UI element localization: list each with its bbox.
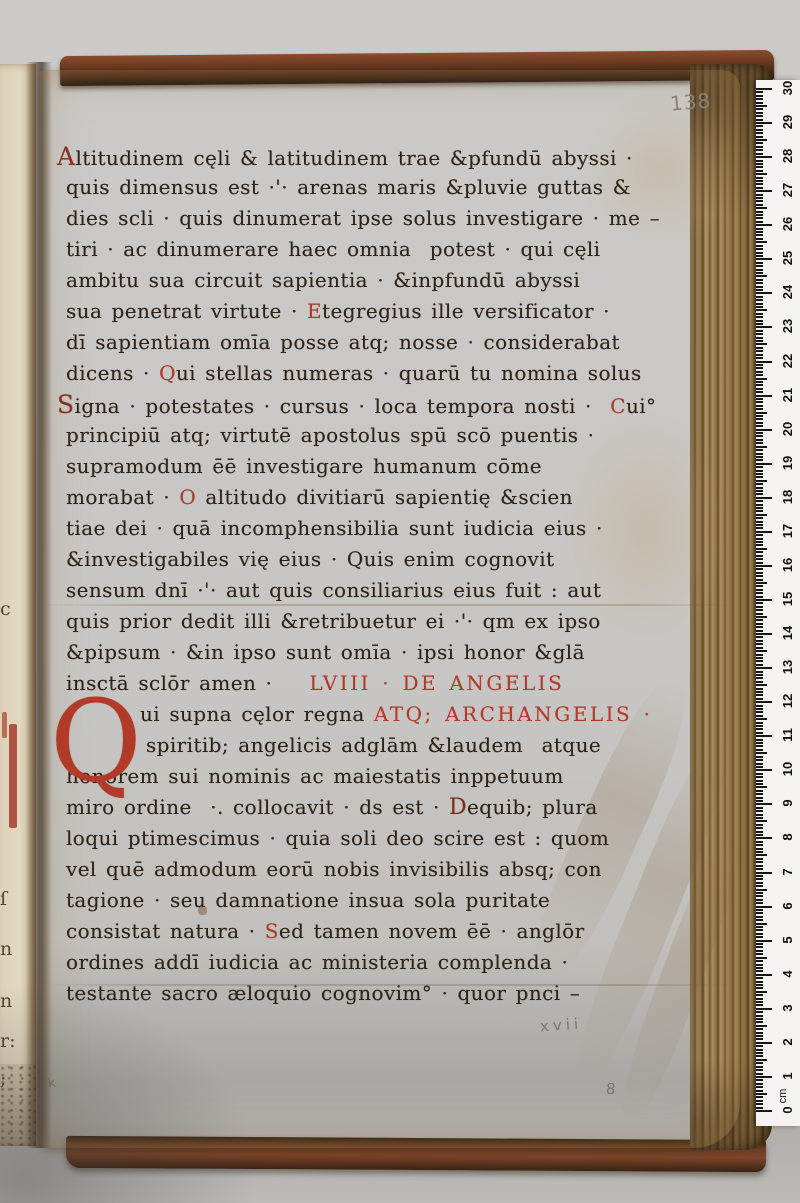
ruler-tick [756,994,763,996]
ruler-tick [756,766,763,768]
ruler-tick [756,602,763,604]
ruler-tick [756,245,763,247]
ruler-number: 20 [780,416,794,442]
ruler-tick [756,1086,763,1088]
line-text: principiū atq; virtutē apostolus spū scō… [66,423,594,447]
ruler-tick [756,677,763,679]
ruler-tick [756,177,763,179]
line-text: D [449,795,467,820]
line-text: altitudo divitiarū sapientię &scien [196,485,573,509]
ruler-tick [756,739,763,741]
ruler-tick [756,255,763,257]
measuring-ruler: 0123456789101112131415161718192021222324… [756,80,800,1126]
ruler-tick [756,1032,763,1034]
ruler-tick [756,647,763,649]
ruler-tick [756,282,763,284]
ruler-tick [756,183,763,185]
ruler-tick [756,275,767,277]
ruler-tick [756,1103,763,1105]
ruler-tick [756,262,763,264]
ruler-number: 19 [780,450,794,476]
ruler-tick [756,691,763,693]
ruler-tick [756,613,763,615]
ruler-tick [756,306,763,308]
ruler-tick [756,418,763,420]
ruler-tick [756,112,763,114]
ruler-tick [756,507,763,509]
ruler-tick [756,636,763,638]
ruler-tick [756,906,772,908]
ruler-tick [756,217,763,219]
ruler-tick [756,926,763,928]
ruler-tick [756,119,763,121]
ruler-number: 3 [780,995,794,1021]
line-text: E [307,299,322,323]
ruler-tick [756,909,763,911]
line-text: dies scli · quis dinumerat ipse solus in… [66,206,660,230]
ruler-tick [756,998,763,1000]
ruler-tick [756,834,763,836]
ruler-tick [756,875,763,877]
manuscript-line-19: ui supna cęlor regna ATQ; ARCHANGELIS · [66,700,652,731]
line-text: tiri · ac dinumerare haec omnia potest ·… [66,237,600,261]
line-text: Q [159,361,176,385]
ruler-tick [756,330,763,332]
facing-page-letter-fragment: ; [0,1068,6,1090]
ruler-number: 27 [780,177,794,203]
ruler-tick [756,895,763,897]
line-text: ed tamen novem ēē · anglōr [279,919,585,943]
ruler-tick [756,221,763,223]
ruler-tick [756,606,763,608]
ruler-tick [756,204,763,206]
ruler-tick [756,303,763,305]
ruler-tick [756,136,763,138]
manuscript-page: 138 Altitudinem cęli & latitudinem trae … [40,70,740,1148]
ruler-tick [756,538,763,540]
ruler-tick [756,435,763,437]
ruler-tick [756,837,772,839]
ruler-tick [756,231,763,233]
line-text: tagione · seu damnatione insua sola puri… [66,888,550,912]
ruler-tick [756,708,763,710]
ruler-number: 11 [780,722,794,748]
ruler-tick [756,783,763,785]
pencil-mark-bottom-left: k [47,1075,57,1091]
ruler-tick [756,378,767,380]
ruler-tick [756,160,763,162]
ruler-tick [756,885,763,887]
illuminated-initial-q: Q [50,692,142,792]
ruler-tick [756,252,763,254]
ruler-tick [756,415,763,417]
ruler-tick [756,1079,763,1081]
ruler-tick [756,364,763,366]
folio-number: 138 [669,88,712,115]
ruler-tick [756,548,767,550]
ruler-tick [756,793,763,795]
ruler-tick [756,585,763,587]
ruler-tick [756,1100,763,1102]
ruler-tick [756,292,772,294]
ruler-tick [756,313,763,315]
ruler-tick [756,170,763,172]
ruler-tick [756,1011,763,1013]
ruler-tick [756,129,763,131]
ruler-tick [756,551,763,553]
ruler-tick [756,742,763,744]
ruler-tick [756,609,763,611]
ruler-number: 7 [780,859,794,885]
facing-page-red-initial-fragment [2,712,7,738]
ruler-tick [756,146,763,148]
ruler-tick [756,851,763,853]
ruler-tick [756,323,763,325]
ruler-number: 28 [780,143,794,169]
ruler-tick [756,272,763,274]
ruler-tick [756,923,767,925]
ruler-tick [756,470,763,472]
ruler-tick [756,340,763,342]
ruler-tick [756,596,763,598]
ruler-tick [756,960,763,962]
ruler-tick [756,534,763,536]
ruler-tick [756,749,763,751]
ruler-tick [756,91,763,93]
ruler-tick [756,674,763,676]
ruler-tick [756,449,763,451]
manuscript-line-5: ambitu sua circuit sapientia · &inpfundū… [66,266,580,297]
ruler-tick [756,432,763,434]
ruler-tick [756,115,763,117]
manuscript-line-17: &pipsum · &in ipso sunt omīa · ipsi hono… [66,638,585,669]
ruler-tick [756,953,763,955]
ruler-tick [756,514,767,516]
line-text: spiritib; angelicis adglām &laudem atque [146,733,601,757]
ruler-tick [756,456,763,458]
ruler-tick [756,197,763,199]
ruler-tick [756,88,772,90]
ruler-tick [756,429,772,431]
ruler-tick [756,211,763,213]
ruler-tick [756,701,772,703]
line-text: equib; plura [467,795,598,819]
pencil-quire-mark: xvii [539,1015,582,1036]
ruler-tick [756,500,763,502]
ruler-tick [756,453,763,455]
ruler-tick [756,1015,763,1017]
rubric-text: LVIII · DE ANGELIS [309,671,564,695]
ruler-tick [756,286,763,288]
ruler-tick [756,279,763,281]
ruler-tick [756,388,763,390]
ruler-tick [756,412,767,414]
ruler-tick [756,228,763,230]
ruler-tick [756,187,763,189]
ruler-tick [756,1045,763,1047]
ruler-tick [756,476,763,478]
ruler-tick [756,361,772,363]
ruler-tick [756,1055,763,1057]
ruler-tick [756,974,772,976]
ruler-number: 10 [780,756,794,782]
manuscript-line-14: &investigabiles vię eius · Quis enim cog… [66,545,554,576]
ruler-tick [756,374,763,376]
ruler-tick [756,224,772,226]
ink-smudge [610,832,750,1128]
line-text: supramodum ēē investigare humanum cōme [66,454,542,478]
ruler-tick [756,715,763,717]
ruler-tick [756,919,763,921]
ruler-tick [756,854,767,856]
ruler-tick [756,572,763,574]
ruler-number: 26 [780,211,794,237]
ruler-number: 4 [780,961,794,987]
ruler-tick [756,698,763,700]
ruler-number: 30 [780,75,794,101]
ruler-tick [756,773,763,775]
ruler-tick [756,957,767,959]
ruler-tick [756,142,763,144]
line-text: dī sapientiam omīa posse atq; nosse · co… [66,330,620,354]
ruler-unit-label: cm [777,1083,789,1109]
ruler-tick [756,241,767,243]
ruler-tick [756,565,772,567]
manuscript-line-20: spiritib; angelicis adglām &laudem atque [66,731,601,762]
ruler-tick [756,166,763,168]
ruler-tick [756,769,772,771]
ruler-tick [756,865,763,867]
ruler-tick [756,391,763,393]
ruler-number: 5 [780,927,794,953]
ruler-tick [756,1066,763,1068]
ruler-tick [756,105,767,107]
line-text: ltitudinem cęli & latitudinem trae &pfun… [75,146,632,170]
ruler-tick [756,861,763,863]
ruler-tick [756,384,763,386]
line-text: ordines addī iudicia ac ministeria compl… [66,950,568,974]
ruler-tick [756,200,763,202]
ruler-tick [756,987,763,989]
ruler-tick [756,504,763,506]
ruler-tick [756,681,763,683]
line-text: sensum dnī ·'· aut quis consiliarius eiu… [66,578,601,602]
ruler-tick [756,633,772,635]
ruler-number: 2 [780,1029,794,1055]
ruler-tick [756,326,772,328]
ruler-tick [756,422,763,424]
ruler-tick [756,354,763,356]
ruler-number: 8 [780,824,794,850]
ruler-tick [756,269,763,271]
ruler-tick [756,1042,772,1044]
ruler-tick [756,950,763,952]
ruler-tick [756,589,763,591]
ruler-tick [756,705,763,707]
ruler-tick [756,831,763,833]
ruler-tick [756,108,763,110]
ruler-tick [756,258,772,260]
ruler-tick [756,807,763,809]
ruler-tick [756,357,763,359]
ruler-tick [756,722,763,724]
ruler-tick [756,732,763,734]
ruler-tick [756,1001,763,1003]
ruler-tick [756,820,767,822]
ruler-tick [756,555,763,557]
ruler-tick [756,916,763,918]
manuscript-line-3: dies scli · quis dinumerat ipse solus in… [66,204,660,235]
ruler-tick [756,95,763,97]
ruler-tick [756,1052,763,1054]
ruler-tick [756,780,763,782]
ruler-tick [756,442,763,444]
ruler-tick [756,1038,763,1040]
ruler-tick [756,1025,767,1027]
ruler-number: 16 [780,552,794,578]
ruler-tick [756,333,763,335]
ruler-tick [756,984,763,986]
ruler-number: 18 [780,484,794,510]
ruler-tick [756,371,763,373]
ruler-tick [756,660,763,662]
line-text: S [57,390,75,419]
ruler-tick [756,940,772,942]
ruler-tick [756,667,772,669]
ruler-tick [756,752,767,754]
ruler-tick [756,480,767,482]
ruler-tick [756,929,763,931]
ruler-tick [756,892,763,894]
ruler-tick [756,497,772,499]
ruler-number: 22 [780,348,794,374]
manuscript-line-13: tiae dei · quā incomphensibilia sunt iud… [66,514,603,545]
ruler-tick [756,763,763,765]
ruler-tick [756,527,763,529]
ruler-tick [756,827,763,829]
ruler-tick [756,872,772,874]
ruler-tick [756,803,772,805]
ruler-tick [756,592,763,594]
ruler-number: 15 [780,586,794,612]
ruler-tick [756,664,763,666]
ruler-number: 6 [780,893,794,919]
ruler-tick [756,810,763,812]
ruler-tick [756,619,763,621]
ruler-tick [756,964,763,966]
manuscript-line-6: sua penetrat virtute · Etegregius ille v… [66,297,610,328]
ruler-tick [756,139,767,141]
ruler-tick [756,562,763,564]
ruler-tick [756,1076,772,1078]
ruler-tick [756,1083,763,1085]
ruler-tick [756,943,763,945]
ruler-tick [756,381,763,383]
ruler-tick [756,650,767,652]
line-text: igna · potestates · cursus · loca tempor… [75,394,611,418]
ruler-number: 21 [780,382,794,408]
ruler-number: 17 [780,518,794,544]
ruler-tick [756,122,772,124]
line-text: loqui ptimescimus · quia soli deo scire … [66,826,609,850]
facing-page-red-initial-fragment [9,724,17,828]
ruler-tick [756,459,763,461]
line-text: O [179,485,196,509]
ruler-tick [756,977,763,979]
facing-page-letter-fragment: n [0,990,12,1012]
ruler-tick [756,889,767,891]
ruler-tick [756,630,763,632]
manuscript-line-15: sensum dnī ·'· aut quis consiliarius eiu… [66,576,601,607]
line-text: sua penetrat virtute · [66,299,307,323]
manuscript-line-12: morabat · O altitudo divitiarū sapientię… [66,483,573,514]
ruler-tick [756,316,763,318]
ruler-tick [756,405,763,407]
ruler-tick [756,882,763,884]
ruler-tick [756,912,763,914]
ruler-tick [756,156,772,158]
ruler-tick [756,654,763,656]
ruler-tick [756,946,763,948]
ruler-tick [756,446,767,448]
ruler-tick [756,337,763,339]
ruler-tick [756,521,763,523]
ruler-tick [756,1049,763,1051]
ruler-tick [756,207,767,209]
ruler-tick [756,1008,772,1010]
manuscript-line-26: consistat natura · Sed tamen novem ēē · … [66,917,585,948]
ruler-tick [756,343,767,345]
ruler-tick [756,640,763,642]
ruler-tick [756,728,763,730]
facing-page-letter-fragment: r: [0,1030,15,1052]
ruler-tick [756,824,763,826]
ruler-tick [756,1035,763,1037]
ruler-tick [756,899,763,901]
line-text: vel quē admodum eorū nobis invisibilis a… [66,857,602,881]
manuscript-line-10: principiū atq; virtutē apostolus spū scō… [66,421,594,452]
ruler-tick [756,524,763,526]
line-text: ui° [626,394,656,418]
ruler-number: 25 [780,245,794,271]
line-text: tiae dei · quā incomphensibilia sunt iud… [66,516,603,540]
line-text: quis dimensus est ·'· arenas maris &pluv… [66,175,631,199]
ruler-tick [756,1028,763,1030]
ruler-tick [756,868,763,870]
ruler-tick [756,711,763,713]
ruler-tick [756,745,763,747]
ruler-tick [756,970,763,972]
ruler-tick [756,517,763,519]
facing-page-letter-fragment: ſ [0,888,7,910]
ruler-tick [756,817,763,819]
line-text: testante sacro æloquio cognovim° · quor … [66,981,580,1005]
ruler-tick [756,531,772,533]
ruler-tick [756,800,763,802]
ruler-tick [756,933,763,935]
ruler-tick [756,347,763,349]
ruler-tick [756,579,763,581]
ruler-tick [756,688,763,690]
manuscript-line-27: ordines addī iudicia ac ministeria compl… [66,948,568,979]
ruler-tick [756,463,772,465]
ruler-tick [756,299,763,301]
manuscript-line-7: dī sapientiam omīa posse atq; nosse · co… [66,328,620,359]
ruler-tick [756,320,763,322]
ruler-tick [756,296,763,298]
ruler-tick [756,544,763,546]
ruler-tick [756,790,763,792]
